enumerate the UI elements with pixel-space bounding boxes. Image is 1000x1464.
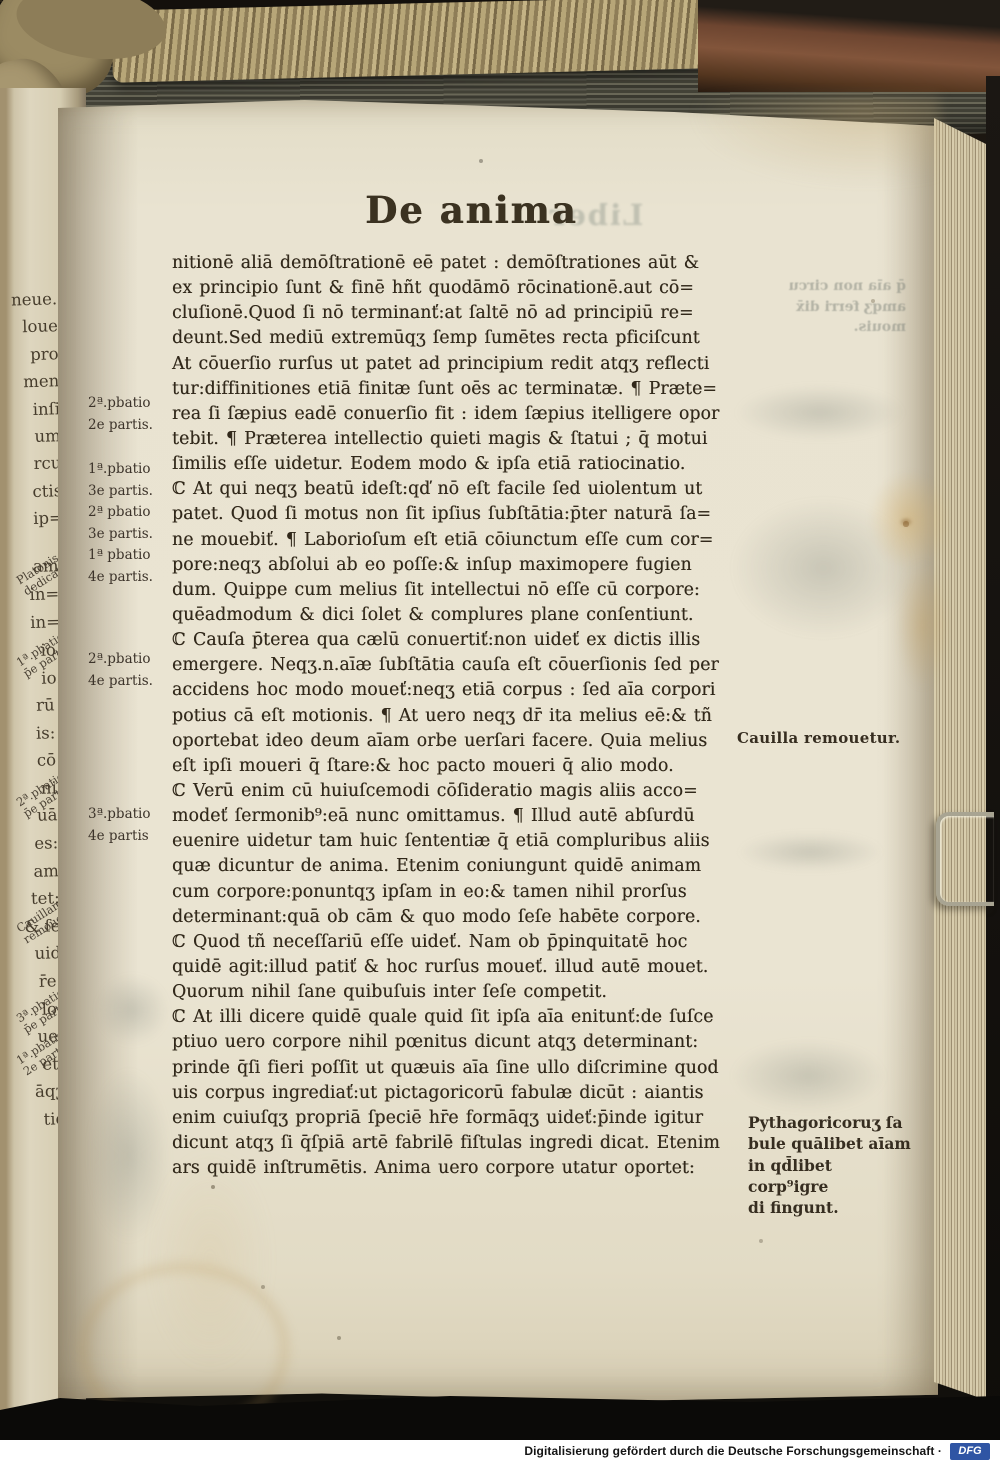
- left-margin-note: 3ª.pbatio 4e partis: [88, 804, 174, 847]
- text-fragment: pro: [0, 340, 59, 369]
- right-margin-note-pythagoras: Pythagoricoruʒ ſabule quālibet aīamin qd…: [748, 1112, 916, 1218]
- body-text-line: cum corpore:ponuntqʒ ipſam in eo:& tamen…: [172, 880, 762, 905]
- body-text-line: oportebat ideo deum aīam orbe uerſari fa…: [172, 729, 762, 754]
- paper-specks: [0, 0, 2, 2]
- bleedthrough-line: mouis.: [738, 317, 906, 338]
- text-fragment: um: [2, 422, 61, 451]
- body-text-line: eſt ipſi moueri q̄ ſtare:& hoc pacto mou…: [172, 754, 762, 779]
- left-margin-note: 2ª.pbatio 2e partis.: [88, 393, 174, 436]
- body-text-line: determinant:quā ob cām & quo modo ſeſe h…: [172, 905, 762, 930]
- metal-page-clip: [936, 812, 994, 906]
- text-fragment: ctis: [4, 477, 63, 506]
- stain: [690, 96, 940, 186]
- bleedthrough-text: q̄ aīa non circuamqʒ ferri dix̄mouis.: [738, 276, 906, 338]
- body-text-line: ℂ At illi dicere quidē quale quid ſit ip…: [172, 1005, 762, 1030]
- body-text-line: euenire uidetur tam huic ſententiæ q̄ et…: [172, 829, 762, 854]
- body-text-line: ℂ At qui neqʒ beatū ideſt:qď nō eſt faci…: [172, 477, 762, 502]
- book-spine-leather: [698, 0, 1000, 92]
- body-text-line: quæ dicuntur de anima. Etenim coniungunt…: [172, 854, 762, 879]
- bleedthrough-line: amqʒ ferri dix̄: [738, 297, 906, 318]
- left-margin-note: 2ª pbatio 3e partis.: [88, 502, 174, 545]
- left-margin-note: 2ª.pbatio 4e partis.: [88, 649, 174, 692]
- body-text-line: tebit. ¶ Præterea intellectio quieti mag…: [172, 427, 762, 452]
- body-text-line: ne mouebiť. ¶ Laborioſum eſt etiā cōiunc…: [172, 528, 762, 553]
- body-text-line: rea ſi ſæpius eadē conuerſio fit : idem …: [172, 402, 762, 427]
- body-text-line: accidens hoc modo moueť:neqʒ etiā corpus…: [172, 678, 762, 703]
- body-text-line: quēadmodum & dici ſolet & complures plan…: [172, 603, 762, 628]
- stain: [895, 560, 950, 690]
- margin-note-line: in qd̄libet corp⁹igre: [748, 1155, 916, 1198]
- text-fragment: āqʒ: [6, 1077, 65, 1106]
- body-text-block: nitionē aliā demōſtrationē eē patet : de…: [172, 251, 762, 1181]
- body-text-line: emergere. Neqʒ.n.aīæ ſubſtātia cauſa eſt…: [172, 653, 762, 678]
- facing-page-fragments-upper: neue.louepromeninſiumrcuctisip=: [0, 285, 63, 533]
- body-text-line: ℂ Verū enim cū huiuſcemodi cōſideratio m…: [172, 779, 762, 804]
- margin-note-line: bule quālibet aīam: [748, 1133, 916, 1154]
- text-fragment: ip=: [5, 504, 64, 533]
- body-text-line: ars quidē inſtrumētis. Anima uero corpor…: [172, 1156, 762, 1181]
- body-text-line: dicunt atqʒ ſi q̄ſpiā artē fabrilē fiſtu…: [172, 1131, 762, 1156]
- text-fragment: neue.: [0, 285, 57, 314]
- credit-text: Digitalisierung gefördert durch die Deut…: [524, 1444, 942, 1458]
- body-text-line: uis corpus ingrediať:ut pictagoricorū fa…: [172, 1081, 762, 1106]
- body-text-line: ℂ Cauſa p̄terea qua cælū conuertiť:non u…: [172, 628, 762, 653]
- dfg-logo: DFG: [950, 1443, 990, 1460]
- text-fragment: rū: [0, 691, 55, 720]
- digitization-credit-bar: Digitalisierung gefördert durch die Deut…: [0, 1440, 1000, 1464]
- book-scan-canvas: neue.louepromeninſiumrcuctisip= amin=in=…: [0, 0, 1000, 1464]
- margin-note-line: Pythagoricoruʒ ſa: [748, 1112, 916, 1133]
- body-text-line: ex principio ſunt & finē hñt quodāmō rōc…: [172, 276, 762, 301]
- right-margin-note-cavilla: Cauilla remouetur.: [737, 729, 907, 747]
- bleedthrough-line: q̄ aīa non circu: [738, 276, 906, 297]
- text-fragment: men: [1, 367, 60, 396]
- body-text-line: enim cuiuſqʒ propriā ſpeciē hr̄e formāqʒ…: [172, 1106, 762, 1131]
- text-fragment: loue: [0, 313, 58, 342]
- body-text-line: ℂ Quod tñ neceſſariū eſſe uideť. Nam ob …: [172, 930, 762, 955]
- body-text-line: dum. Quippe cum melius ſit intellectui n…: [172, 578, 762, 603]
- text-fragment: is:: [0, 719, 56, 748]
- body-text-line: At cōuerſio rurſus ut patet ad principiu…: [172, 352, 762, 377]
- body-text-line: ptiuo uero corpore nihil pœnitus dicunt …: [172, 1030, 762, 1055]
- body-text-line: tur:diffinitiones etiā finitæ ſunt oēs a…: [172, 377, 762, 402]
- body-text-line: modeť ſermonib⁹:eā nunc omittamus. ¶ Ill…: [172, 804, 762, 829]
- margin-note-line: di fingunt.: [748, 1197, 916, 1218]
- body-text-line: potius cā eſt motionis. ¶ At uero neqʒ d…: [172, 704, 762, 729]
- body-text-line: ſimilis eſſe uidetur. Eodem modo & ipſa …: [172, 452, 762, 477]
- stain: [150, 1150, 270, 1370]
- left-margin-note: 1ª pbatio 4e partis.: [88, 545, 174, 588]
- left-margin-note: 1ª.pbatio 3e partis.: [88, 459, 174, 502]
- page-header-title: De anima: [365, 188, 578, 232]
- body-text-line: nitionē aliā demōſtrationē eē patet : de…: [172, 251, 762, 276]
- right-dark-edge: [986, 76, 1000, 1440]
- body-text-line: cluſionē.Quod ſi nō terminanť:at ſaltē n…: [172, 301, 762, 326]
- bleedthrough-blob: [96, 975, 168, 1045]
- text-fragment: cō: [0, 746, 56, 775]
- body-text-line: prinde q̄ſi fieri poſſit ut quæuis aīa ſ…: [172, 1056, 762, 1081]
- fore-edge-page-layers: [934, 118, 986, 1400]
- text-fragment: uid: [3, 940, 62, 969]
- body-text-line: quidē agit:illud patiť & hoc rurſus moue…: [172, 955, 762, 980]
- body-text-line: Quorum nihil ſane quibuſuis inter ſeſe c…: [172, 980, 762, 1005]
- text-fragment: es:: [0, 829, 59, 858]
- body-text-line: patet. Quod ſi motus non ſit ipſius ſubſ…: [172, 502, 762, 527]
- text-fragment: rcu: [3, 450, 62, 479]
- text-fragment: inſi: [2, 395, 61, 424]
- body-text-line: pore:neqʒ abſolui ab eo poſſe:& inſup ma…: [172, 553, 762, 578]
- text-fragment: am: [1, 857, 60, 886]
- text-fragment: tio: [7, 1105, 66, 1134]
- body-text-line: deunt.Sed mediū extremūqʒ ſemp ſumētes r…: [172, 326, 762, 351]
- dark-spot: [899, 517, 913, 527]
